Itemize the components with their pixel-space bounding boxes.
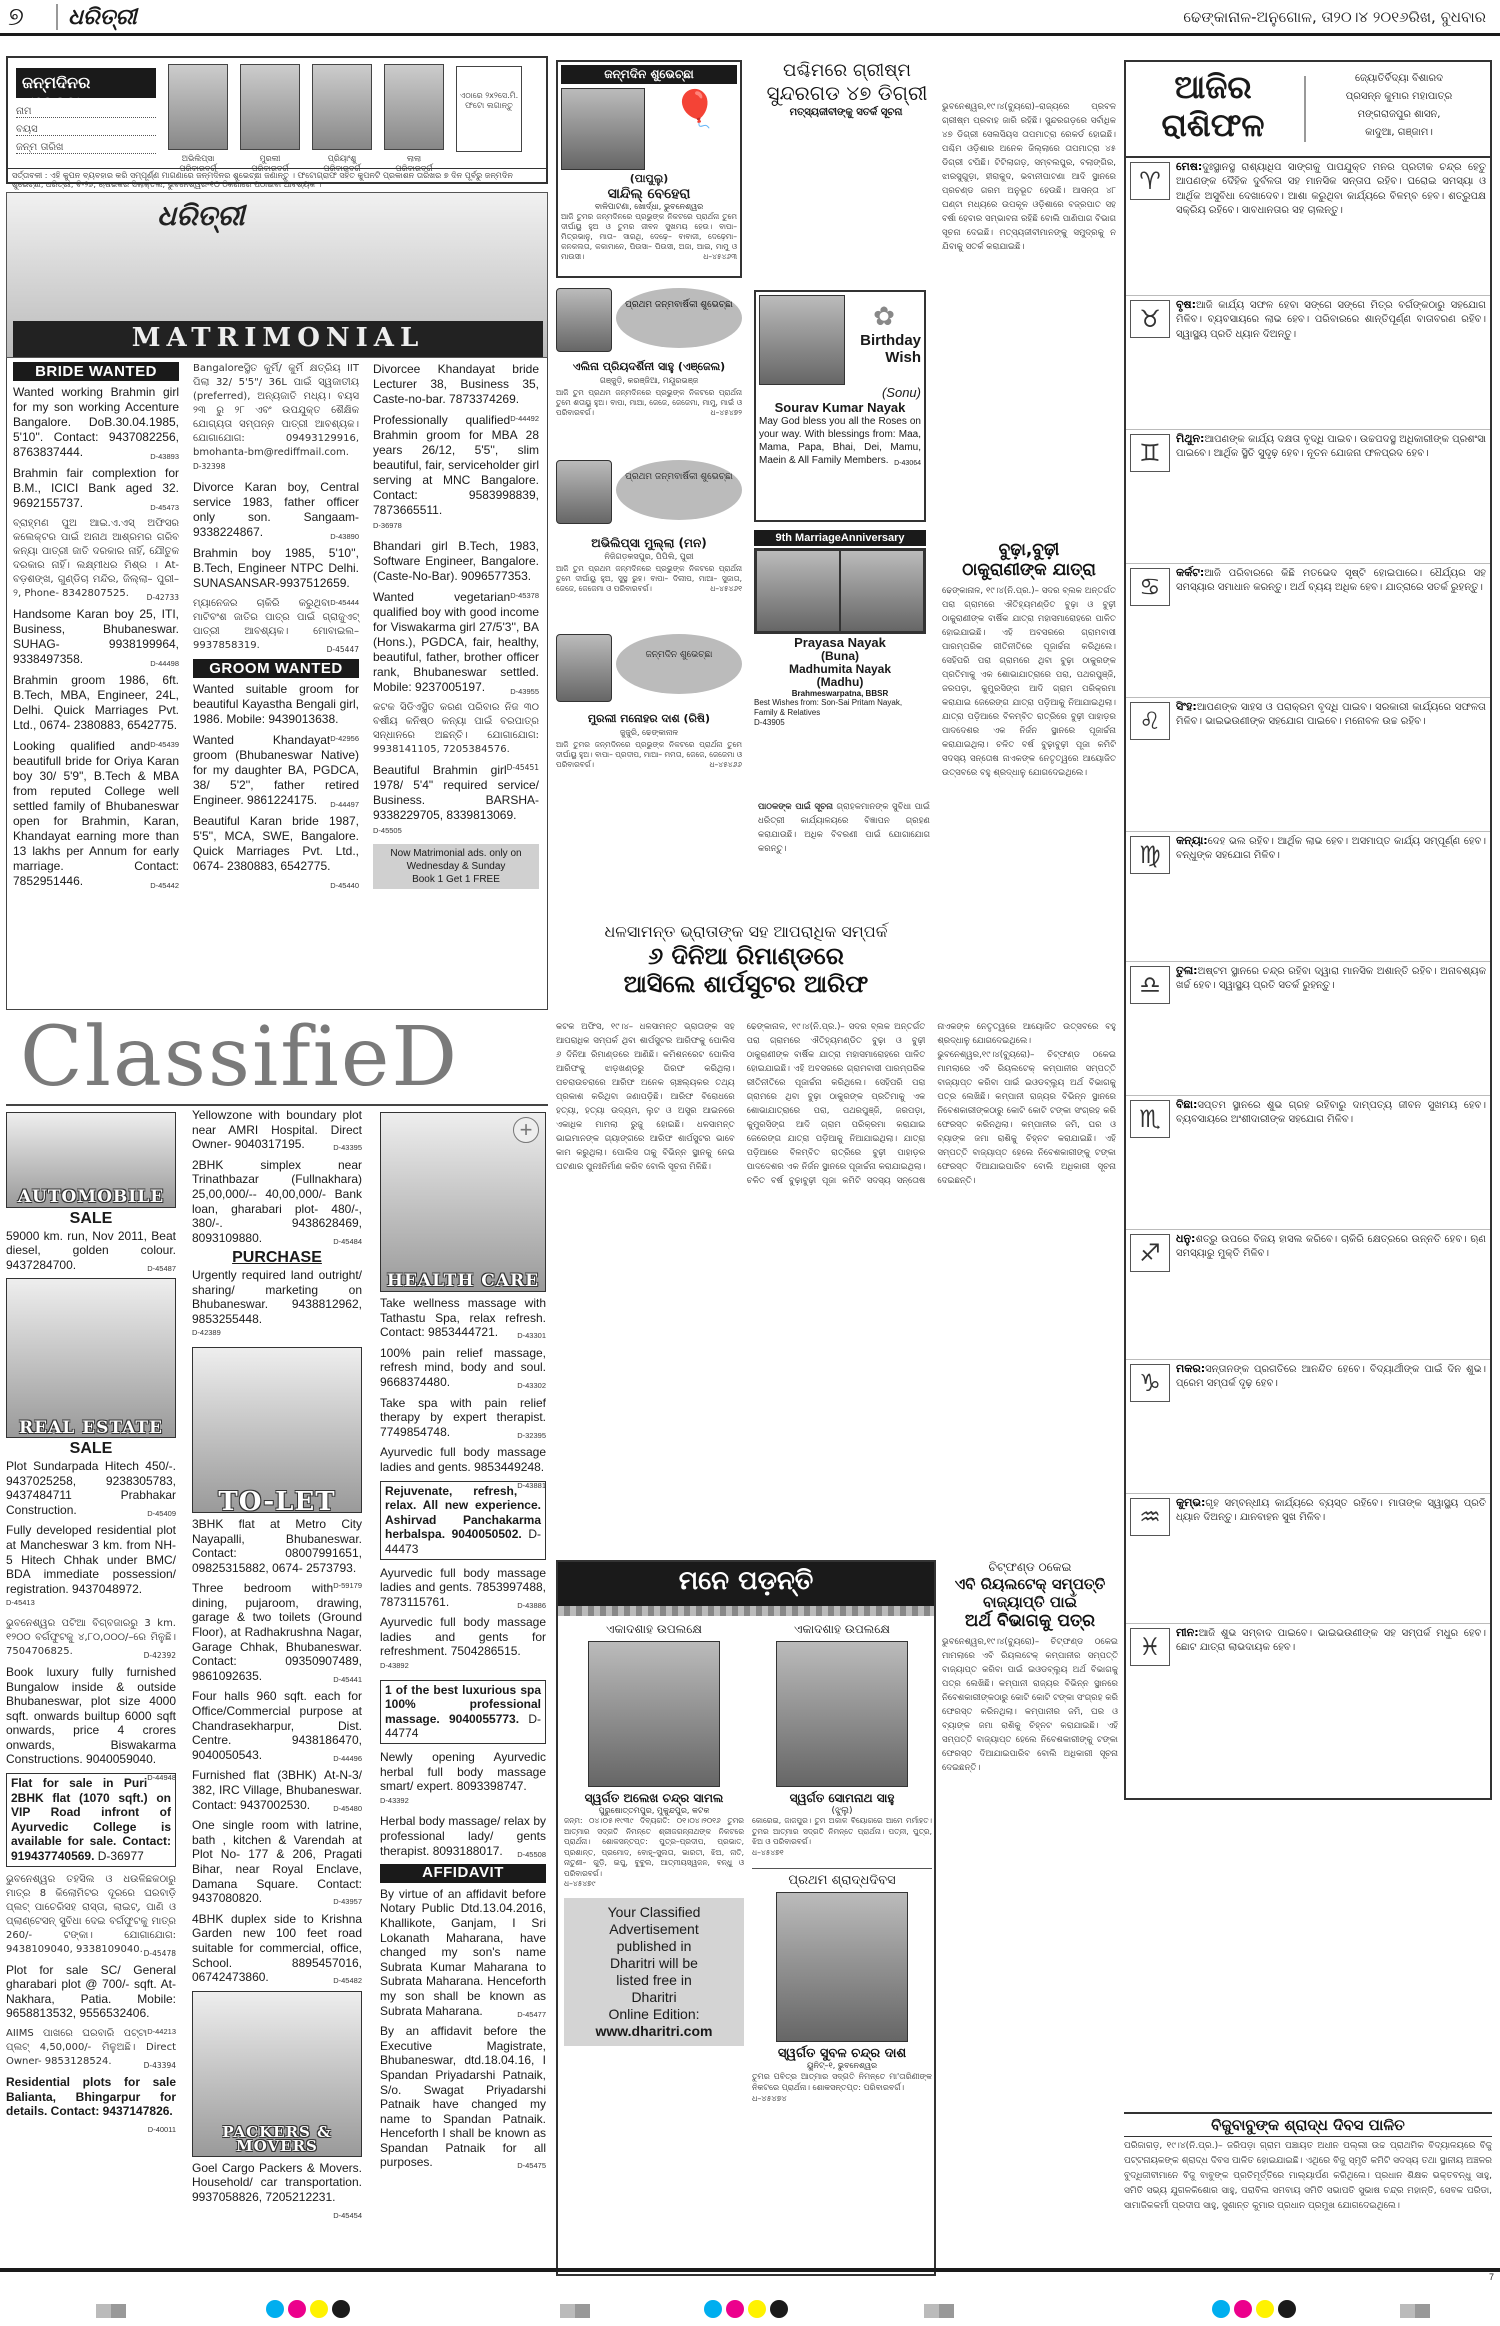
horoscope-scorpio: ♏ବିଛା:ସପ୍ତମ ସ୍ଥାନରେ ଶୁଭ ଗ୍ରହ ରହିବାରୁ ଦାମ…: [1126, 1096, 1490, 1230]
classified-ad: Bhandari girl B.Tech, 1983, Software Eng…: [373, 539, 539, 584]
horoscope-cancer: ♋କର୍କଟ:ଆଜି ପରିବାରରେ କିଛି ମତଭେଦ ସୃଷ୍ଟି ହୋ…: [1126, 564, 1490, 698]
classified-col-3: + HEALTH CARE Take wellness massage with…: [380, 1112, 546, 2176]
scales-icon: ♎: [1130, 966, 1170, 1004]
automobile-banner: AUTOMOBILE: [6, 1112, 176, 1208]
memorial-photo: [776, 1892, 908, 2042]
photo-slot[interactable]: ଏଠାରେ ୨x୨ସେ.ମି. ଫଟୋ ଲଗାନ୍ତୁ: [456, 66, 522, 152]
online-listing-notice: Your Classified Advertisement published …: [564, 1898, 744, 2046]
child-photo: [556, 634, 612, 702]
classified-ad: Take spa with pain relief therapy by exp…: [380, 1396, 546, 1440]
classified-logo: ClassifieD: [6, 1010, 548, 1106]
classified-ad: Book luxury fully furnished Bungalow ins…: [6, 1665, 176, 1767]
memorial-right: ଏକାଦଶାହ ଉପଲକ୍ଷେ ସ୍ୱର୍ଗତ ସୋମନାଥ ସାହୁ (ଝୁଲ…: [752, 1622, 932, 2104]
registration-marks: [266, 2300, 350, 2318]
classified-ad: ଭୁବନେଶ୍ୱର ତହସିଲ ଓ ଧଉଳିଛକଠାରୁ ମାତ୍ର 8 କିଲ…: [6, 1873, 176, 1957]
classified-ad: 100% pain relief massage, refresh mind, …: [380, 1346, 546, 1390]
classified-ad: One single room with latrine, bath , kit…: [192, 1818, 362, 1906]
matrimonial-col-1: BRIDE WANTED Wanted working Brahmin girl…: [13, 362, 179, 895]
kid-photo: [240, 64, 300, 150]
astrologer-credit: ଜ୍ୟୋତିର୍ବିଦ୍ୟା ବିଶାରଦ ପ୍ରସନ୍ନ କୁମାର ମହାପ…: [1314, 70, 1484, 142]
classified-ad: Residential plots for sale Balianta, Bhi…: [6, 2075, 176, 2119]
remand-body: କଟକ ଅଫିସ, ୧୯।୪– ଧଳସାମନ୍ତ ଭ୍ରାତାଙ୍କ ସହ ଆପ…: [556, 1020, 1116, 1560]
classified-ad: Handsome Karan boy 25, ITI, Business, Bh…: [13, 607, 179, 667]
horoscope-aquarius: ♒କୁମ୍ଭ:ଗୃହ ସମ୍ବନ୍ଧୀୟ କାର୍ଯ୍ୟରେ ବ୍ୟସ୍ତ ରହ…: [1126, 1494, 1490, 1624]
anniversary-ad: 9th MarriageAnniversary Prayasa Nayak (B…: [754, 530, 926, 728]
real-estate-sale-header: SALE: [6, 1442, 176, 1457]
classified-ad: Divorce Karan boy, Central service 1983,…: [193, 480, 359, 540]
age-field[interactable]: ବୟସ: [16, 124, 156, 136]
fish-icon: ♓: [1130, 1628, 1170, 1666]
classified-ad: Urgently required land outright/ sharing…: [192, 1268, 362, 1341]
kid-photo: [168, 64, 228, 150]
child-photo: [556, 288, 612, 352]
classified-ad: Plot for sale SC/ General gharabari plot…: [6, 1963, 176, 2021]
classified-ad: Ayurvedic full body massage ladies and g…: [380, 1615, 546, 1673]
kid-photo: [312, 64, 372, 150]
news-budha-budhi: ବୁଢ଼ା,ବୁଢ଼ୀ ଠାକୁରାଣୀଙ୍କ ଯାତ୍ରା ଢେଙ୍କାନାଳ…: [942, 540, 1116, 884]
ram-icon: ♈: [1130, 162, 1170, 200]
birthday-coupon: ଜନ୍ମଦିନର ଶୁଭେଚ୍ଛା ନାମ ବୟସ ଜନ୍ମ ତାରିଖ ଅଭି…: [6, 56, 548, 184]
packers-movers-banner: PACKERS & MOVERS: [192, 1991, 362, 2157]
matrimonial-offer-note: Now Matrimonial ads. only on Wednesday &…: [373, 844, 539, 889]
horoscope-aries: ♈ମେଷ:ଦୁଃସ୍ଥାନସ୍ଥ ରାଶ୍ୟାଧିପ ସାଙ୍ଗକୁ ପାପଯୁ…: [1126, 158, 1490, 296]
coupon-title: ଜନ୍ମଦିନର ଶୁଭେଚ୍ଛା: [16, 68, 156, 98]
goat-icon: ♑: [1130, 1364, 1170, 1402]
horoscope-sagittarius: ♐ଧନୁ:ଶତ୍ରୁ ଉପରେ ବିଜୟ ହାସଲ କରିବେ। ଚାକିରି …: [1126, 1230, 1490, 1360]
birthday-greeting: ଜନ୍ମଦିନ ଶୁଭେଚ୍ଛା 🎈 (ପାପୁଲୁ) ସାନ୍ଦିଲ୍ ବେହ…: [556, 60, 742, 278]
plus-icon: +: [513, 1117, 539, 1143]
bull-icon: ♉: [1130, 300, 1170, 338]
twins-icon: ♊: [1130, 434, 1170, 472]
archer-icon: ♐: [1130, 1234, 1170, 1272]
classified-ad: ବ୍ରାହ୍ମଣ ପୁଅ ଆଇ.ଏ.ଏସ୍ ଅଫିସର କଲେକ୍ଟର ପାଇଁ…: [13, 517, 179, 601]
matrimonial-col-3: Divorcee Khandayat bride Lecturer 38, Bu…: [373, 362, 539, 889]
page-marker: 7: [1489, 2272, 1494, 2282]
matrimonial-title: MATRIMONIAL: [13, 321, 543, 357]
coupon-terms: ସର୍ତ୍ତାବଳୀ : ଏହି କୁପନ ବ୍ୟବହାର କରି ସମ୍ପୂର…: [8, 168, 546, 191]
boxed-ad: 1 of the best luxurious spa 100% profess…: [380, 1680, 546, 1744]
page-number: ୭: [8, 2, 24, 33]
classified-ad: Goel Cargo Packers & Movers. Household/ …: [192, 2161, 362, 2205]
kid-photo: [384, 64, 444, 150]
memorial-photo: [588, 1641, 720, 1787]
registration-marks: [704, 2300, 788, 2318]
dateline: ଢେଙ୍କାନାଳ-ଅନୁଗୋଳ, ତା୨୦।୪ ୨୦୧୬ରିଖ, ବୁଧବାର: [1183, 8, 1486, 26]
classified-ad: By virtue of an affidavit before Notary …: [380, 1887, 546, 2018]
memorial-section: ମନେ ପଡ଼ନ୍ତି ଏକାଦଶାହ ଉପଲକ୍ଷେ ସ୍ୱର୍ଗତ ଅଲେଖ…: [556, 1560, 936, 2276]
classified-ad: କଟକ ସିଡିଏସ୍ଥିତ କରଣ ପରିବାର ନିଜ ୩୦ ବର୍ଷୀୟ …: [373, 701, 539, 757]
headline: ଠାକୁରାଣୀଙ୍କ ଯାତ୍ରା: [942, 560, 1116, 580]
classified-ad: Wanted vegetarian qualified boy with goo…: [373, 590, 539, 695]
heart-badge: ଜନ୍ମଦିନ ଶୁଭେଚ୍ଛା: [616, 634, 742, 694]
horoscope-leo: ♌ସିଂହ:ଆପଣଙ୍କ ସାହସ ଓ ପରାକ୍ରମ ବୃଦ୍ଧି ପାଇବ।…: [1126, 698, 1490, 832]
classified-ad: Plot Sundarpada Hitech 450/-. 9437025258…: [6, 1459, 176, 1517]
crab-icon: ♋: [1130, 568, 1170, 606]
paper-logo[interactable]: ଧରିତ୍ରୀ: [56, 4, 137, 30]
classified-ad: Take wellness massage with Tathastu Spa,…: [380, 1296, 546, 1340]
horoscope-header: ଆଜିର ରାଶିଫଳ ଜ୍ୟୋତିର୍ବିଦ୍ୟା ବିଶାରଦ ପ୍ରସନ୍…: [1126, 62, 1490, 158]
classified-ad: By an affidavit before the Executive Mag…: [380, 2024, 546, 2170]
classified-col-1: AUTOMOBILE SALE 59000 km. run, Nov 2011,…: [6, 1112, 176, 2137]
classified-ad: Herbal body massage/ relax by profession…: [380, 1814, 546, 1858]
horoscope-taurus: ♉ବୃଷ:ଆଜି କାର୍ଯ୍ୟ ସଫଳ ହେବା ସଙ୍ଗେ ସଙ୍ଗେ ମି…: [1126, 296, 1490, 430]
real-estate-banner: REAL ESTATE: [6, 1278, 176, 1438]
flower-icon: ✿: [847, 301, 921, 332]
classified-ad: Furnished flat (3BHK) At-N-3/ 382, IRC V…: [192, 1768, 362, 1812]
news-heatwave: ପଶ୍ଚିମରେ ଗ୍ରୀଷ୍ମ ସୁନ୍ଦରଗଡ ୪୭ ଡିଗ୍ରୀ: [758, 60, 936, 105]
news-remand: ଧଳସାମନ୍ତ ଭ୍ରାତାଙ୍କ ସହ ଆପରାଧିକ ସମ୍ପର୍କ ୬ …: [556, 922, 936, 998]
balloons-icon: 🎈: [653, 88, 737, 170]
classified-ad: 3BHK flat at Metro City Nayapalli, Bhuba…: [192, 1517, 362, 1575]
scorpion-icon: ♏: [1130, 1100, 1170, 1138]
classified-ad: Ayurvedic full body massage ladies and g…: [380, 1566, 546, 1610]
memorial-banner: ମନେ ପଡ଼ନ୍ତି: [558, 1562, 934, 1606]
article-body: ମତ୍ସ୍ୟଜୀବୀଙ୍କୁ ସତର୍କ ସୂଚନା ଭୁବନେଶ୍ୱର,୧୯।…: [760, 106, 932, 121]
classified-ad: Looking qualified and beautifull bride f…: [13, 739, 179, 889]
lion-icon: ♌: [1130, 702, 1170, 740]
grey-swatch: [924, 2304, 954, 2318]
news-chitfund: ଚିଟ୍‌ଫଣ୍ଡ ଠକେଇ ଏବି ରିୟଲଟେକ୍ ସମ୍ପତ୍ତି ବାଜ…: [942, 1560, 1118, 2215]
affidavit-header: AFFIDAVIT: [380, 1864, 546, 1883]
person-photo: [759, 295, 845, 385]
classified-ad: Wanted suitable groom for beautiful Kaya…: [193, 682, 359, 727]
grey-swatch: [560, 2304, 590, 2318]
headline: ପଶ୍ଚିମରେ ଗ୍ରୀଷ୍ମ: [758, 60, 936, 81]
to-let-banner: TO-LET: [192, 1347, 362, 1513]
maiden-icon: ♍: [1130, 836, 1170, 874]
classified-ad: Fully developed residential plot at Manc…: [6, 1523, 176, 1611]
dob-field[interactable]: ଜନ୍ମ ତାରିଖ: [16, 142, 156, 154]
shraddha-notice: ପ୍ରଥମ ଶ୍ରାଦ୍ଧଦିବସ ସ୍ୱର୍ଗତ ସୁବଳ ଚନ୍ଦ୍ର ଦା…: [752, 1868, 932, 2104]
classified-ad: Brahmin groom 1986, 6ft. B.Tech, MBA, En…: [13, 673, 179, 733]
bride-wanted-header: BRIDE WANTED: [13, 362, 179, 381]
reader-notice: ପାଠକଙ୍କ ପାଇଁ ସୂଚନା ଗ୍ରାହକମାନଙ୍କ ସୁବିଧା ପ…: [758, 800, 930, 910]
flower-border: [558, 1606, 934, 1616]
child-photo: [556, 460, 612, 524]
horoscope-virgo: ♍କନ୍ୟା:ଦେହ ଭଲ ରହିବ। ଆର୍ଥିକ ଲାଭ ହେବ। ଅସମା…: [1126, 832, 1490, 962]
heart-badge: ପ୍ରଥମ ଜନ୍ମବାର୍ଷିକୀ ଶୁଭେଚ୍ଛା: [616, 460, 742, 520]
classified-ad: 4BHK duplex side to Krishna Garden new 1…: [192, 1912, 362, 1985]
classified-ad: Divorcee Khandayat bride Lecturer 38, Bu…: [373, 362, 539, 407]
classified-ad: Ayurvedic full body massage ladies and g…: [380, 1445, 546, 1474]
classified-ad: Professionally qualified Brahmin groom f…: [373, 413, 539, 533]
memorial-photo: [776, 1641, 908, 1787]
greetings-column-1: ଜନ୍ମଦିନ ଶୁଭେଚ୍ଛା 🎈 (ପାପୁଲୁ) ସାନ୍ଦିଲ୍ ବେହ…: [556, 60, 742, 472]
classified-ad: Bangaloreସ୍ଥିତ କୁର୍ମି/ କୁର୍ମି କ୍ଷତ୍ରିୟ I…: [193, 362, 359, 474]
horoscope-capricorn: ♑ମକର:ସନ୍ତାନଙ୍କ ପ୍ରଗତିରେ ଆନନ୍ଦିତ ହେବେ। ବି…: [1126, 1360, 1490, 1494]
birthday-greeting-2: ଜନ୍ମଦିନ ଶୁଭେଚ୍ଛା: [556, 634, 742, 702]
automobile-sale-header: SALE: [6, 1212, 176, 1227]
matrimonial-banner: ଧରିତ୍ରୀ MATRIMONIAL: [6, 192, 548, 358]
registration-marks: [1212, 2300, 1296, 2318]
classified-ad: Beautiful Karan bride 1987, 5'5'', MCA, …: [193, 814, 359, 874]
website-link[interactable]: www.dharitri.com: [566, 2023, 742, 2040]
classified-ad: Newly opening Ayurvedic herbal full body…: [380, 1750, 546, 1808]
health-care-banner: + HEALTH CARE: [380, 1112, 546, 1292]
grey-swatch: [96, 2304, 126, 2318]
classified-col-2: Yellowzone with boundary plot near AMRI …: [192, 1108, 362, 2223]
classified-title: ClassifieD: [20, 1012, 459, 1104]
classified-ad: Three bedroom with dining, pujaroom, dra…: [192, 1581, 362, 1683]
news-biju: ବିଜୁବାବୁଙ୍କ ଶ୍ରାଦ୍ଧ ଦିବସ ପାଳିତ ପରିଜାଗଡ଼,…: [1124, 2112, 1492, 2259]
matrimonial-col-2: Bangaloreସ୍ଥିତ କୁର୍ମି/ କୁର୍ମି କ୍ଷତ୍ରିୟ I…: [193, 362, 359, 893]
classified-ad: Brahmin fair complextion for B.M., ICICI…: [13, 466, 179, 511]
classified-ad: 59000 km. run, Nov 2011, Beat diesel, go…: [6, 1229, 176, 1273]
heart-badge: ପ୍ରଥମ ଜନ୍ମବାର୍ଷିକୀ ଶୁଭେଚ୍ଛା: [616, 288, 742, 348]
classified-ad: Yellowzone with boundary plot near AMRI …: [192, 1108, 362, 1152]
horoscope-title: ରାଶିଫଳ: [1138, 106, 1288, 144]
horoscope-title: ଆଜିର: [1138, 68, 1288, 106]
classified-ad: ଭୁବନେଶ୍ୱର ପଟିଆ ବିଗ୍‌ବଜାରରୁ 3 km. ୧୨୦୦ ବର…: [6, 1617, 176, 1659]
headline: ବିଜୁବାବୁଙ୍କ ଶ୍ରାଦ୍ଧ ଦିବସ ପାଳିତ: [1124, 2112, 1492, 2137]
classified-ad: 2BHK simplex near Trinathbazar (Fullnakh…: [192, 1158, 362, 1246]
memorial-left: ଏକାଦଶାହ ଉପଲକ୍ଷେ ସ୍ୱର୍ଗତ ଅଲେଖ ଚନ୍ଦ୍ର ସାମଲ…: [564, 1622, 744, 2046]
heatwave-body: ଭୁବନେଶ୍ୱର,୧୯।୪(ବ୍ୟୁରୋ)–ରାଜ୍ୟରେ ପ୍ରବଳ ଗ୍ର…: [942, 60, 1116, 540]
footer-rule: [0, 2268, 1500, 2272]
purchase-header: PURCHASE: [192, 1251, 362, 1266]
husband-photo: [756, 550, 840, 632]
classified-ad: Four halls 960 sqft. each for Office/Com…: [192, 1689, 362, 1762]
classified-ad: Wanted working Brahmin girl for my son w…: [13, 385, 179, 460]
water-bearer-icon: ♒: [1130, 1498, 1170, 1536]
wife-photo: [840, 550, 924, 632]
headline: ବୁଢ଼ା,ବୁଢ଼ୀ: [942, 540, 1116, 560]
dharitri-logo: ଧରିତ୍ରୀ: [157, 199, 244, 233]
matrimonial-section: BRIDE WANTED Wanted working Brahmin girl…: [6, 358, 548, 1010]
boxed-ad: Flat for sale in Puri 2BHK flat (1070 sq…: [6, 1773, 176, 1867]
groom-wanted-header: GROOM WANTED: [193, 659, 359, 678]
horoscope-pisces: ♓ମୀନ:ଆଜି ଶୁଭ ସମ୍ବାଦ ପାଇବେ। ଭାଇଭଉଣୀଙ୍କ ସହ…: [1126, 1624, 1490, 1744]
horoscope-section: ଆଜିର ରାଶିଫଳ ଜ୍ୟୋତିର୍ବିଦ୍ୟା ବିଶାରଦ ପ୍ରସନ୍…: [1124, 60, 1492, 1800]
classified-ad: Brahmin boy 1985, 5'10'', B.Tech, Engine…: [193, 546, 359, 591]
child-photo: [561, 88, 645, 170]
grey-swatch: [1400, 2304, 1430, 2318]
horoscope-libra: ♎ତୁଳା:ଅଷ୍ଟମ ସ୍ଥାନରେ ଚନ୍ଦ୍ର ରହିବା ଦ୍ୱାରା …: [1126, 962, 1490, 1096]
headline: ସୁନ୍ଦରଗଡ ୪୭ ଡିଗ୍ରୀ: [758, 81, 936, 105]
first-birthday-2: ପ୍ରଥମ ଜନ୍ମବାର୍ଷିକୀ ଶୁଭେଚ୍ଛା: [556, 460, 742, 524]
horoscope-gemini: ♊ମିଥୁନ:ଆପଣଙ୍କ କାର୍ଯ୍ୟ ଦକ୍ଷତା ବୃଦ୍ଧି ପାଇବ…: [1126, 430, 1490, 564]
name-field[interactable]: ନାମ: [16, 106, 156, 118]
masthead: ୭ ଧରିତ୍ରୀ ଢେଙ୍କାନାଳ-ଅନୁଗୋଳ, ତା୨୦।୪ ୨୦୧୬ର…: [0, 0, 1500, 36]
